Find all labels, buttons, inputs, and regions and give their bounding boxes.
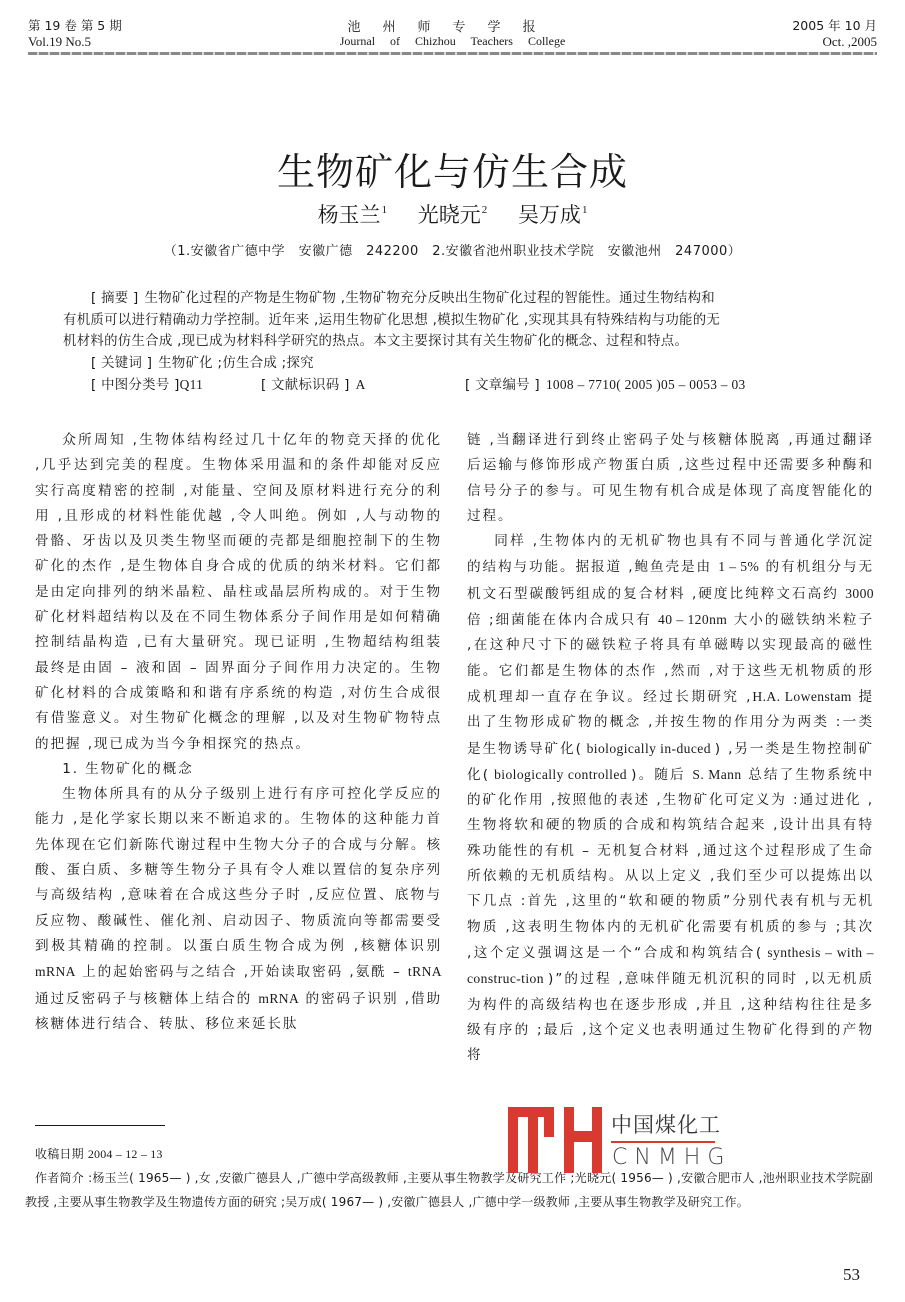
author-bio: 作者简介 :杨玉兰( 1965— ) ,女 ,安徽广德县人 ,广德中学高级教师 … bbox=[25, 1166, 873, 1214]
keywords-label: [ 关键词 ] bbox=[91, 356, 152, 371]
bio-label: 作者简介 bbox=[35, 1171, 84, 1185]
text-run: 倍 ;细菌能在体内合成只有 bbox=[467, 612, 658, 628]
author-list: 杨玉兰1 光晓元2 吴万成1 bbox=[0, 199, 905, 229]
value-percent: 1 – 5% bbox=[718, 559, 759, 574]
doc-code-value: A bbox=[356, 377, 366, 392]
term-mrna: mRNA bbox=[258, 991, 299, 1006]
text-run: 生物体所具有的从分子级别上进行有序可控化学反应的能力 ,是化学家长期以来不断追求… bbox=[35, 786, 442, 954]
header-divider bbox=[28, 52, 877, 55]
author-name: 光晓元 bbox=[418, 203, 481, 227]
article-no-label: [ 文章编号 ] bbox=[465, 378, 540, 393]
paragraph: 同样 ,生物体内的无机矿物也具有不同与普通化学沉淀的结构与功能。据报道 ,鲍鱼壳… bbox=[467, 529, 874, 1068]
term-mrna: mRNA bbox=[35, 964, 76, 979]
article-title: 生物矿化与仿生合成 bbox=[0, 141, 905, 196]
received-value: 2004 – 12 – 13 bbox=[88, 1147, 163, 1161]
running-header: 第 19 卷 第 5 期 池州师专学报 2005 年 10 月 Vol.19 N… bbox=[28, 16, 877, 56]
author: 吴万成1 bbox=[518, 203, 588, 227]
name-lowenstam: H.A. Lowenstam bbox=[752, 689, 851, 704]
journal-name-cn: 池州师专学报 bbox=[28, 16, 877, 35]
clc-number: [ 中图分类号 ]Q11 bbox=[91, 374, 203, 397]
value-size: 40 – 120nm bbox=[658, 612, 727, 627]
mh-logo-icon bbox=[508, 1107, 604, 1173]
watermark-name-en: CNMHG bbox=[612, 1145, 731, 1170]
author: 光晓元2 bbox=[418, 203, 488, 227]
footnote-divider bbox=[35, 1125, 165, 1126]
keywords: [ 关键词 ]生物矿化 ;仿生合成 ;探究 bbox=[63, 353, 842, 375]
term-trna: tRNA bbox=[408, 964, 442, 979]
term-induced: biologically in-duced bbox=[583, 741, 715, 756]
body-column-right: 链 ,当翻译进行到终止密码子处与核糖体脱离 ,再通过翻译后运输与修饰形成产物蛋白… bbox=[467, 428, 874, 1068]
bio-text: :杨玉兰( 1965— ) ,女 ,安徽广德县人 ,广德中学高级教师 ,主要从事… bbox=[25, 1171, 873, 1209]
body-column-left: 众所周知 ,生物体结构经过几十亿年的物竞天择的优化 ,几乎达到完美的程度。生物体… bbox=[35, 428, 442, 1037]
name-mann: S. Mann bbox=[692, 767, 741, 782]
value-3000: 3000 bbox=[845, 586, 874, 601]
author: 杨玉兰1 bbox=[318, 203, 388, 227]
author-name: 杨玉兰 bbox=[318, 203, 381, 227]
affiliation-mark: 1 bbox=[382, 204, 388, 216]
affiliation-mark: 1 bbox=[582, 204, 588, 216]
abstract-block: [ 摘要 ]生物矿化过程的产物是生物矿物 ,生物矿物充分反映出生物矿化过程的智能… bbox=[63, 288, 842, 396]
classification-row: [ 中图分类号 ]Q11 [ 文献标识码 ]A [ 文章编号 ]1008 – 7… bbox=[63, 374, 842, 396]
text-run: 上的起始密码与之结合 ,开始读取密码 ,氨酰 – bbox=[76, 964, 408, 980]
term-controlled: biologically controlled bbox=[490, 767, 631, 782]
abstract-line: [ 摘要 ]生物矿化过程的产物是生物矿物 ,生物矿物充分反映出生物矿化过程的智能… bbox=[63, 288, 842, 310]
watermark-underline bbox=[611, 1141, 715, 1143]
text-run: 通过反密码子与核糖体上结合的 bbox=[35, 991, 258, 1007]
received-date: 收稿日期 2004 – 12 – 13 bbox=[25, 1142, 873, 1166]
clc-label: [ 中图分类号 ] bbox=[91, 378, 180, 393]
watermark-logo: 中国煤化工 CNMHG bbox=[508, 1107, 723, 1173]
section-paragraph: 生物体所具有的从分子级别上进行有序可控化学反应的能力 ,是化学家长期以来不断追求… bbox=[35, 782, 442, 1037]
intro-paragraph: 众所周知 ,生物体结构经过几十亿年的物竞天择的优化 ,几乎达到完美的程度。生物体… bbox=[35, 428, 442, 757]
affiliations: （1.安徽省广德中学 安徽广德 242200 2.安徽省池州职业技术学院 安徽池… bbox=[0, 240, 905, 259]
page-number: 53 bbox=[843, 1265, 860, 1285]
author-name: 吴万成 bbox=[518, 203, 581, 227]
received-label: 收稿日期 bbox=[35, 1147, 84, 1161]
text-run: )。随后 bbox=[631, 767, 692, 783]
abstract-text: 生物矿化过程的产物是生物矿物 ,生物矿物充分反映出生物矿化过程的智能性。通过生物… bbox=[145, 291, 715, 306]
doc-code-label: [ 文献标识码 ] bbox=[261, 378, 350, 393]
text-run: 总结了生物系统中的矿化作用 ,按照他的表述 ,生物矿化可定义为 :通过进化 ,生… bbox=[467, 767, 874, 961]
keywords-value: 生物矿化 ;仿生合成 ;探究 bbox=[158, 356, 314, 371]
document-code: [ 文献标识码 ]A bbox=[261, 374, 366, 397]
issue-date-cn: 2005 年 10 月 bbox=[792, 16, 877, 34]
section-heading: 1. 生物矿化的概念 bbox=[35, 757, 442, 782]
journal-name-en: Journal of Chizhou Teachers College bbox=[28, 34, 877, 49]
abstract-label: [ 摘要 ] bbox=[91, 291, 139, 306]
issue-date-en: Oct. ,2005 bbox=[822, 34, 877, 50]
watermark-name-cn: 中国煤化工 bbox=[611, 1109, 721, 1139]
continuation-paragraph: 链 ,当翻译进行到终止密码子处与核糖体脱离 ,再通过翻译后运输与修饰形成产物蛋白… bbox=[467, 428, 874, 529]
abstract: [ 摘要 ]生物矿化过程的产物是生物矿物 ,生物矿物充分反映出生物矿化过程的智能… bbox=[63, 288, 842, 353]
abstract-line: 机材料的仿生合成 ,现已成为材料科学研究的热点。本文主要探讨其有关生物矿化的概念… bbox=[63, 331, 842, 353]
article-no-value: 1008 – 7710( 2005 )05 – 0053 – 03 bbox=[546, 377, 746, 392]
clc-value: Q11 bbox=[180, 377, 203, 392]
article-number: [ 文章编号 ]1008 – 7710( 2005 )05 – 0053 – 0… bbox=[465, 374, 746, 397]
footnotes: 收稿日期 2004 – 12 – 13 作者简介 :杨玉兰( 1965— ) ,… bbox=[25, 1142, 873, 1214]
abstract-line: 有机质可以进行精确动力学控制。近年来 ,运用生物矿化思想 ,模拟生物矿化 ,实现… bbox=[63, 310, 842, 332]
affiliation-mark: 2 bbox=[482, 204, 488, 216]
